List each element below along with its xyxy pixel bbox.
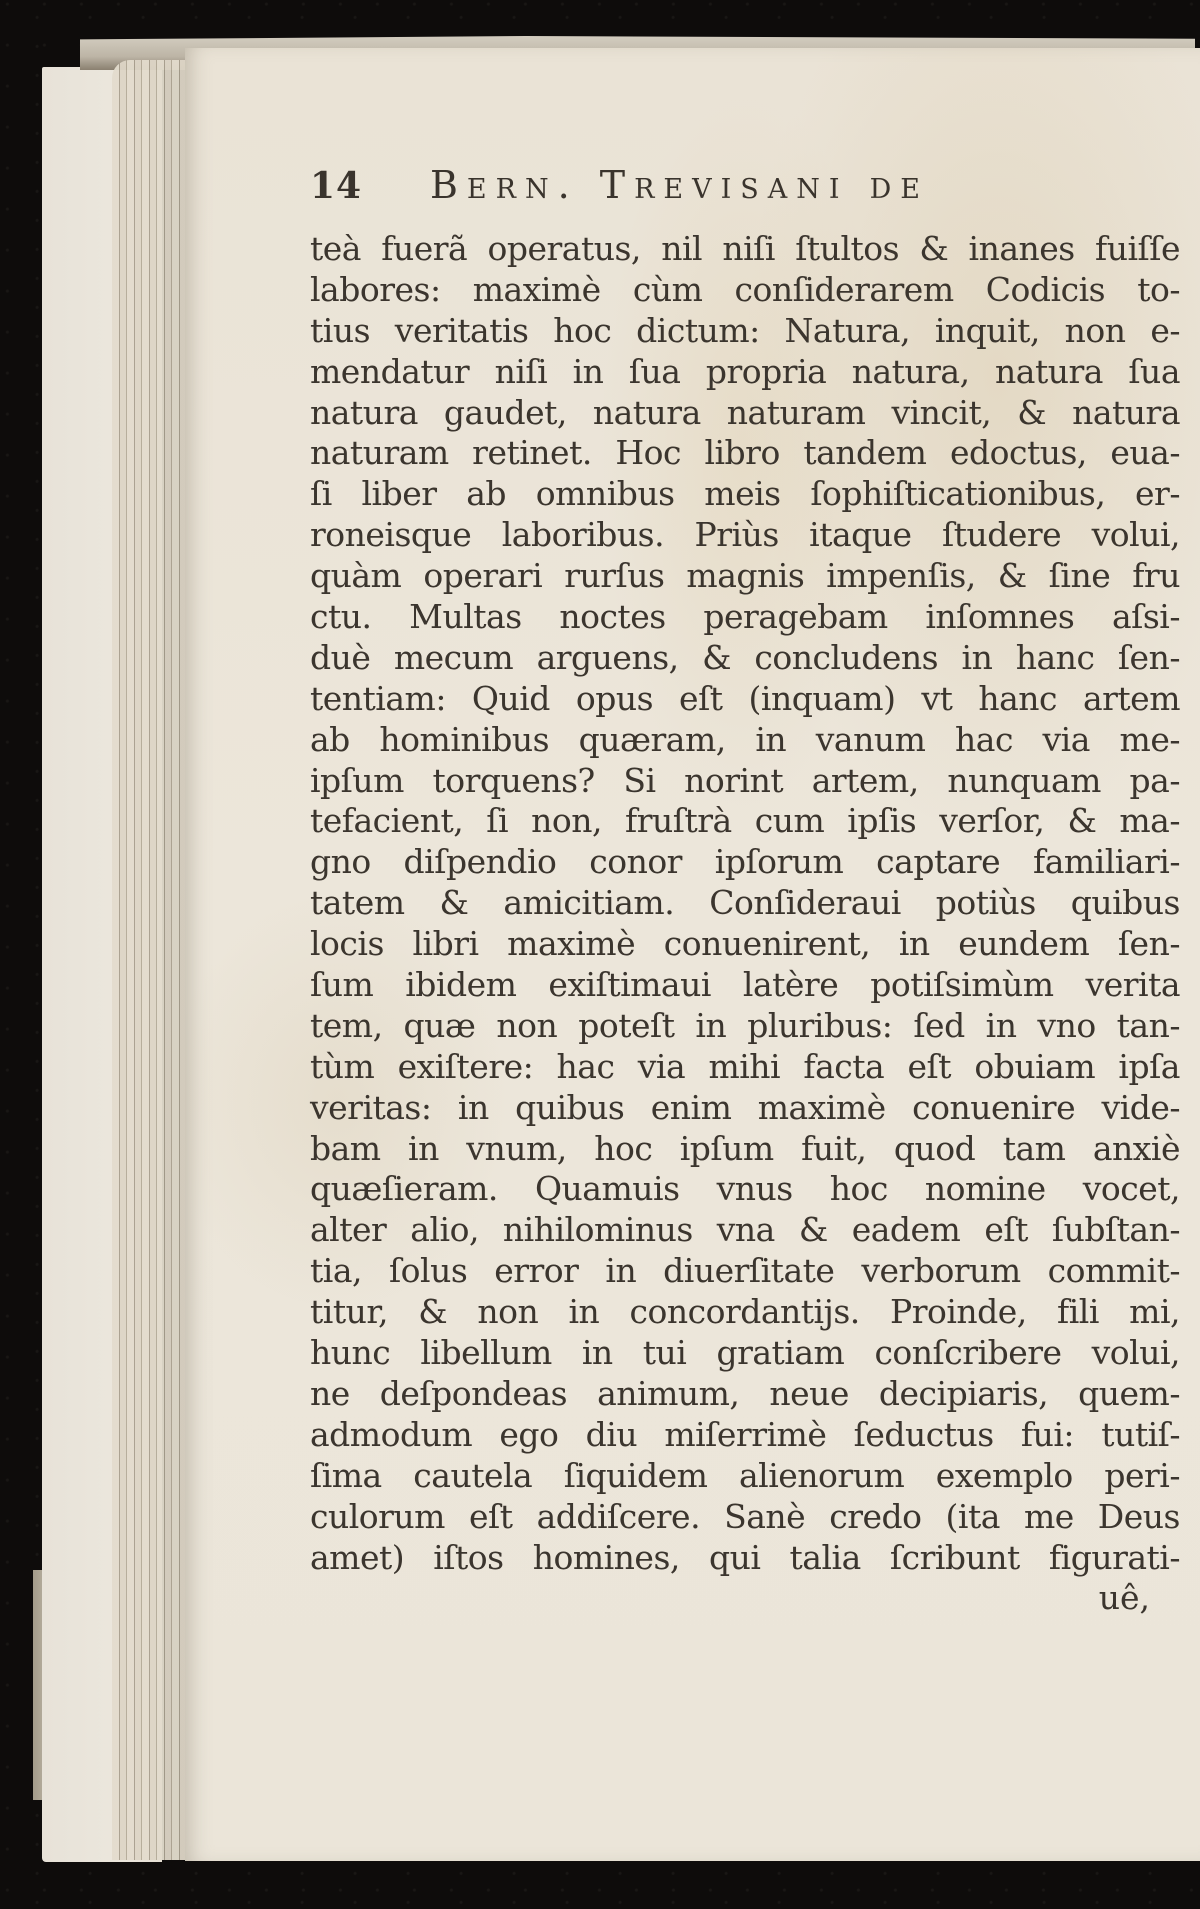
page-stack-gutter [112,60,192,1860]
text-line: ſima cautela ſiquidem alienorum exemplo … [310,1456,1180,1497]
page-number: 14 [310,165,430,207]
text-line: mendatur niſi in ſua propria natura, nat… [310,352,1180,393]
text-line: locis libri maximè conuenirent, in eunde… [310,924,1180,965]
text-line: tia, ſolus error in diuerſitate verborum… [310,1251,1180,1292]
text-line: admodum ego diu miſerrimè ſeductus fui: … [310,1415,1180,1456]
text-line: culorum eſt addiſcere. Sanè credo (ita m… [310,1497,1180,1538]
text-line: hunc libellum in tui gratiam conſcribere… [310,1333,1180,1374]
catchword: uê, [310,1578,1180,1618]
text-line: ab hominibus quæram, in vanum hac via me… [310,720,1180,761]
text-line: ne deſpondeas animum, neue decipiaris, q… [310,1374,1180,1415]
text-line: quæſieram. Quamuis vnus hoc nomine vocet… [310,1169,1180,1210]
text-line: quàm operari rurſus magnis impenſis, & ſ… [310,556,1180,597]
text-line: labores: maximè cùm conſiderarem Codicis… [310,270,1180,311]
text-body: teà fuerã operatus, nil niſi ſtultos & i… [310,229,1180,1578]
text-line: ctu. Multas noctes peragebam inſomnes aſ… [310,597,1180,638]
page-content: 14 Bern. Trevisani de teà fuerã operatus… [310,163,1180,1618]
text-line: teà fuerã operatus, nil niſi ſtultos & i… [310,229,1180,270]
text-line: bam in vnum, hoc ipſum fuit, quod tam an… [310,1129,1180,1170]
text-line: titur, & non in concordantijs. Proinde, … [310,1292,1180,1333]
text-line: natura gaudet, natura naturam vincit, & … [310,393,1180,434]
running-head: 14 Bern. Trevisani de [310,163,1180,229]
text-line: veritas: in quibus enim maximè conuenire… [310,1088,1180,1129]
text-line: tatem & amicitiam. Conſideraui potiùs qu… [310,883,1180,924]
book-page: 14 Bern. Trevisani de teà fuerã operatus… [185,48,1200,1861]
text-line: tentiam: Quid opus eſt (inquam) vt hanc … [310,679,1180,720]
text-line: tius veritatis hoc dictum: Natura, inqui… [310,311,1180,352]
text-line: roneisque laboribus. Priùs itaque ſtuder… [310,515,1180,556]
text-line: alter alio, nihilominus vna & eadem eſt … [310,1210,1180,1251]
text-line: tem, quæ non poteſt in pluribus: ſed in … [310,1006,1180,1047]
text-line: amet) iſtos homines, qui talia ſcribunt … [310,1538,1180,1579]
text-line: ipſum torquens? Si norint artem, nunquam… [310,761,1180,802]
text-line: naturam retinet. Hoc libro tandem edoctu… [310,433,1180,474]
text-line: ſi liber ab omnibus meis ſophiſticationi… [310,474,1180,515]
text-line: tùm exiſtere: hac via mihi facta eſt obu… [310,1047,1180,1088]
text-line: tefacient, ſi non, fruſtrà cum ipſis ver… [310,801,1180,842]
text-line: gno diſpendio conor ipſorum captare fami… [310,842,1180,883]
running-head-title: Bern. Trevisani de [430,163,929,207]
text-line: duè mecum arguens, & concludens in hanc … [310,638,1180,679]
text-line: ſum ibidem exiſtimaui latère potiſsimùm … [310,965,1180,1006]
